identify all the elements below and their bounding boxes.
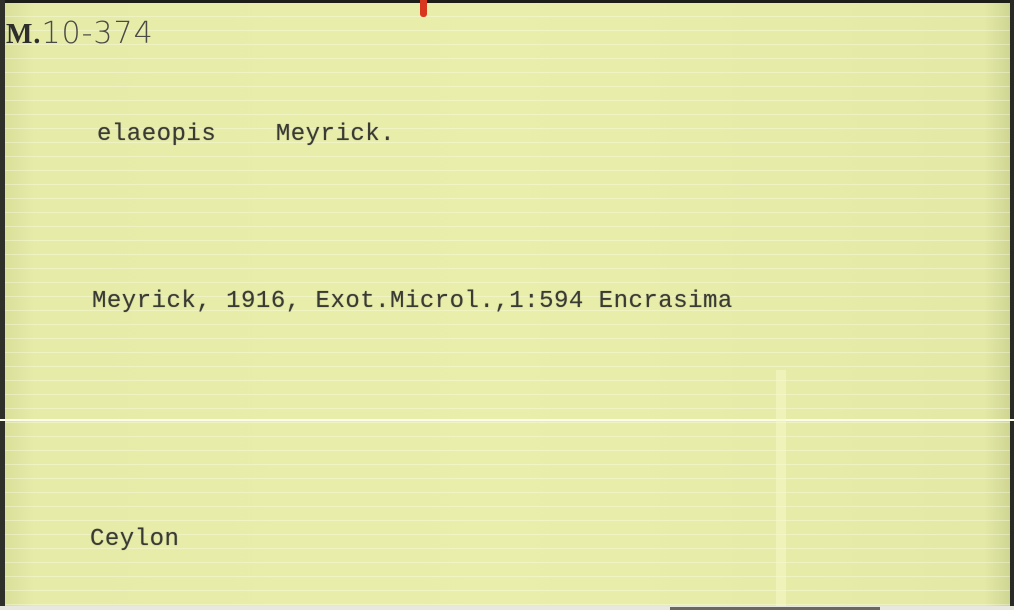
catalog-number-value: 10-374 — [41, 16, 153, 51]
species-name-line: elaeopis Meyrick. — [97, 121, 395, 148]
scan-left-edge — [0, 0, 5, 610]
locality-line: Ceylon — [90, 526, 179, 553]
red-tab-marker — [420, 0, 427, 17]
catalog-number: M.10-374 — [6, 16, 154, 53]
catalog-prefix: M. — [6, 19, 41, 50]
scan-right-edge — [1010, 0, 1014, 610]
scan-artifact-line — [0, 419, 1014, 421]
reference-line: Meyrick, 1916, Exot.Microl.,1:594 Encras… — [92, 288, 733, 315]
paper-fold-highlight — [776, 370, 786, 606]
